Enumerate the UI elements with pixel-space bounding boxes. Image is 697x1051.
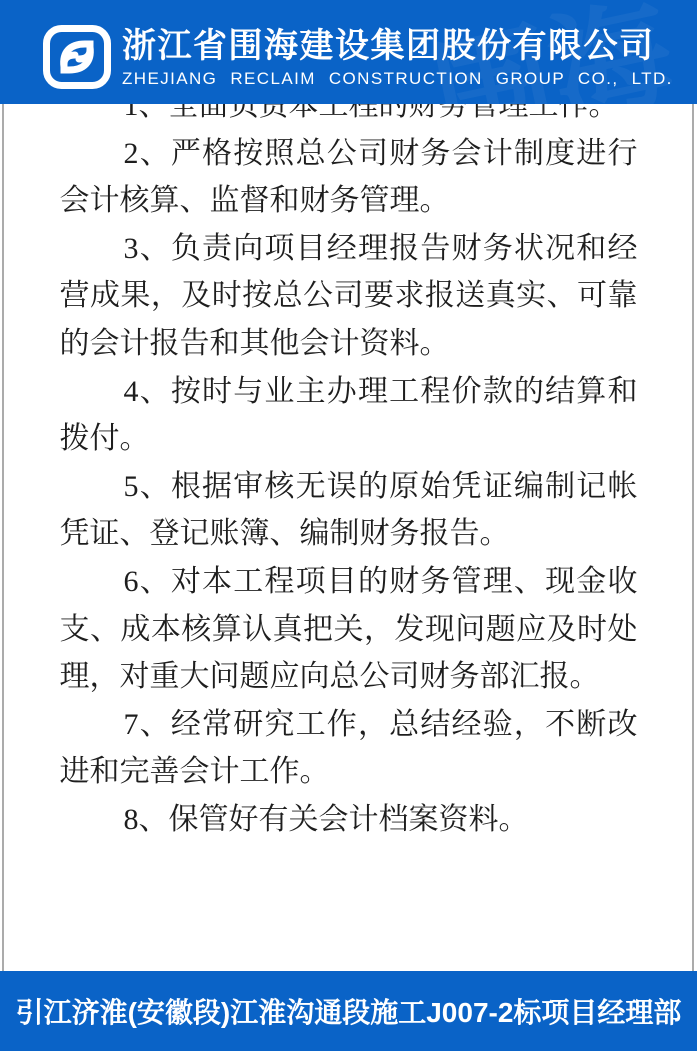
- footer-band: 引江济淮(安徽段)江淮沟通段施工J007-2标项目经理部: [0, 971, 697, 1051]
- company-name-cn: 浙江省围海建设集团股份有限公司: [122, 27, 667, 65]
- duty-item-5: 5、根据审核无误的原始凭证编制记帐凭证、登记账簿、编制财务报告。: [60, 463, 638, 558]
- header-band: 浙江省围海建设集团股份有限公司 ZHEJIANG RECLAIM CONSTRU…: [0, 0, 697, 104]
- page-edge-right: [692, 104, 694, 971]
- duty-list: 1、全面负责本工程的财务管理工作。 2、严格按照总公司财务会计制度进行会计核算、…: [60, 82, 638, 844]
- company-name-block: 浙江省围海建设集团股份有限公司 ZHEJIANG RECLAIM CONSTRU…: [122, 27, 667, 90]
- duty-item-3: 3、负责向项目经理报告财务状况和经营成果，及时按总公司要求报送真实、可靠的会计报…: [60, 225, 638, 368]
- page-edge-left: [2, 104, 4, 971]
- company-name-en: ZHEJIANG RECLAIM CONSTRUCTION GROUP CO.,…: [122, 68, 667, 90]
- reclaim-wave-logo-icon: [42, 24, 112, 90]
- duty-item-7: 7、经常研究工作，总结经验，不断改进和完善会计工作。: [60, 701, 638, 796]
- duty-item-4: 4、按时与业主办理工程价款的结算和拨付。: [60, 368, 638, 463]
- duty-item-2: 2、严格按照总公司财务会计制度进行会计核算、监督和财务管理。: [60, 130, 638, 225]
- job-duty-poster: 浙江省围海建设集团股份有限公司 ZHEJIANG RECLAIM CONSTRU…: [0, 0, 697, 1051]
- duty-item-6: 6、对本工程项目的财务管理、现金收支、成本核算认真把关，发现问题应及时处理，对重…: [60, 558, 638, 701]
- duty-item-8: 8、保管好有关会计档案资料。: [60, 796, 638, 844]
- poster-body: 财务人员会计岗位职责 1、全面负责本工程的财务管理工作。 2、严格按照总公司财务…: [0, 12, 697, 844]
- footer-text: 引江济淮(安徽段)江淮沟通段施工J007-2标项目经理部: [16, 991, 682, 1031]
